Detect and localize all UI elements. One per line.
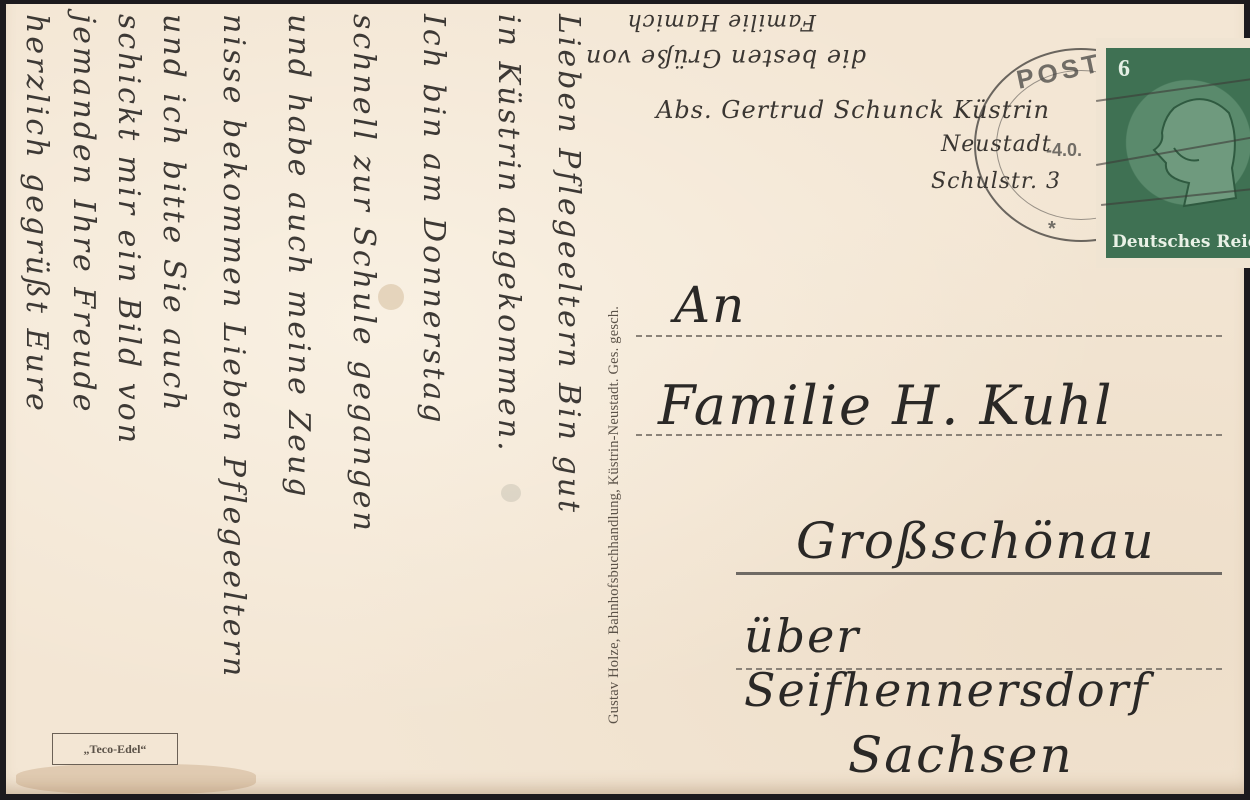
message-line: herzlich gegrüßt Eure bbox=[19, 14, 54, 414]
message-column: Ich bin am Donnerstag bbox=[411, 14, 457, 784]
message-column: schnell zur Schule gegangen bbox=[341, 14, 387, 784]
message-line: schnell zur Schule gegangen bbox=[346, 14, 381, 534]
address-line-3: Großschönau bbox=[796, 512, 1156, 570]
message-line: jemanden Ihre Freude bbox=[66, 14, 101, 415]
postage-stamp: 6 Deutsches Reich bbox=[1096, 38, 1250, 268]
message-column: nisse bekommen Lieben Pflegeeltern bbox=[211, 14, 257, 784]
postmark-date: -4.0. bbox=[1046, 140, 1082, 161]
message-line: nisse bekommen Lieben Pflegeeltern bbox=[216, 14, 251, 679]
brand-box: „Teco-Edel“ bbox=[52, 733, 178, 765]
address-rule bbox=[736, 572, 1222, 575]
message-column: und ich bitte Sie auch bbox=[151, 14, 197, 784]
message-line: Lieben Pflegeeltern Bin gut bbox=[551, 14, 586, 515]
upside-note-line: die besten Grüße von bbox=[585, 44, 866, 72]
address-line-1: An bbox=[674, 276, 746, 334]
message-column: und habe auch meine Zeug bbox=[276, 14, 322, 784]
address-line-4: über Seifhennersdorf bbox=[744, 609, 1244, 717]
brand-text: „Teco-Edel“ bbox=[84, 742, 147, 757]
postmark-star: * bbox=[1048, 218, 1056, 241]
message-column: jemanden Ihre Freude bbox=[61, 14, 107, 784]
message-line: schickt mir ein Bild von bbox=[111, 14, 146, 446]
stamp-value: 6 bbox=[1118, 56, 1130, 83]
address-line-2: Familie H. Kuhl bbox=[658, 374, 1114, 437]
publisher-text: Gustav Holze, Bahnhofsbuchhandlung, Küst… bbox=[606, 306, 623, 724]
message-column: herzlich gegrüßt Eure bbox=[14, 14, 60, 784]
publisher-imprint: Gustav Holze, Bahnhofsbuchhandlung, Küst… bbox=[606, 94, 636, 724]
address-line-5: Sachsen bbox=[848, 726, 1074, 784]
address-rule bbox=[636, 335, 1222, 337]
stamp-face: 6 Deutsches Reich bbox=[1106, 48, 1250, 258]
postcard: Lieben Pflegeeltern Bin gut in Küstrin a… bbox=[6, 4, 1244, 794]
message-column: in Küstrin angekommen. bbox=[486, 14, 532, 784]
upside-down-note: die besten Grüße von Familie Hamich bbox=[566, 2, 866, 72]
message-column: schickt mir ein Bild von bbox=[106, 14, 152, 784]
upside-note-line: Familie Hamich bbox=[626, 9, 816, 34]
message-line: in Küstrin angekommen. bbox=[491, 14, 526, 454]
stamp-country: Deutsches Reich bbox=[1106, 232, 1250, 252]
message-column: Lieben Pflegeeltern Bin gut bbox=[546, 14, 592, 784]
message-line: Ich bin am Donnerstag bbox=[416, 14, 451, 425]
message-line: und ich bitte Sie auch bbox=[156, 14, 191, 414]
message-line: und habe auch meine Zeug bbox=[281, 14, 316, 499]
